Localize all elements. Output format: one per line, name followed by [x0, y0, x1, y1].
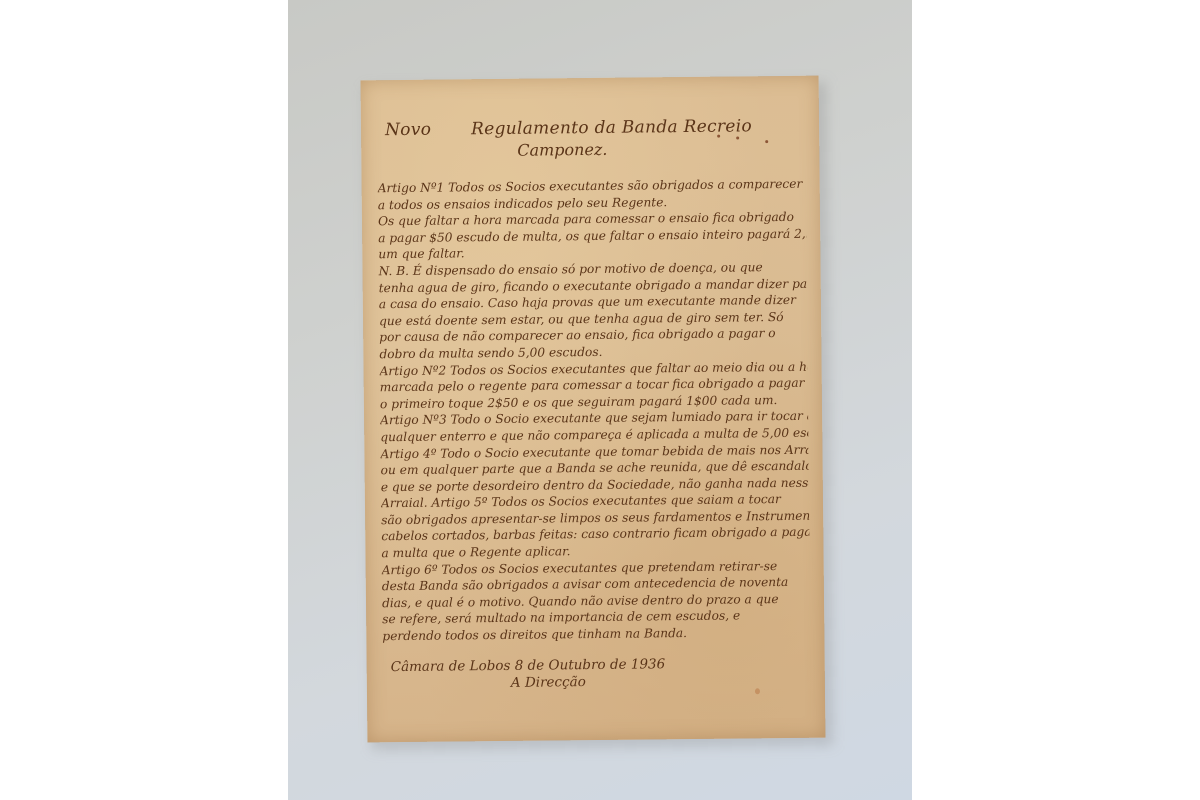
- ink-spot: [765, 140, 768, 143]
- ink-spot: [717, 135, 720, 138]
- stain-spot: [755, 688, 760, 694]
- text-line: perdendo todos os direitos que tinham na…: [382, 624, 810, 645]
- signatory: A Direcção: [511, 671, 811, 691]
- signature-block: Câmara de Lobos 8 de Outubro de 1936 A D…: [383, 654, 811, 692]
- title-prefix: Novo: [385, 119, 471, 140]
- document-body: Artigo Nº1 Todos os Socios executantes s…: [378, 176, 811, 645]
- document-page: Novo Regulamento da Banda Recreio Campon…: [361, 76, 826, 743]
- document-title: Regulamento da Banda Recreio: [471, 116, 805, 139]
- ink-spot: [736, 136, 739, 139]
- document-subtitle: Camponez.: [517, 138, 805, 167]
